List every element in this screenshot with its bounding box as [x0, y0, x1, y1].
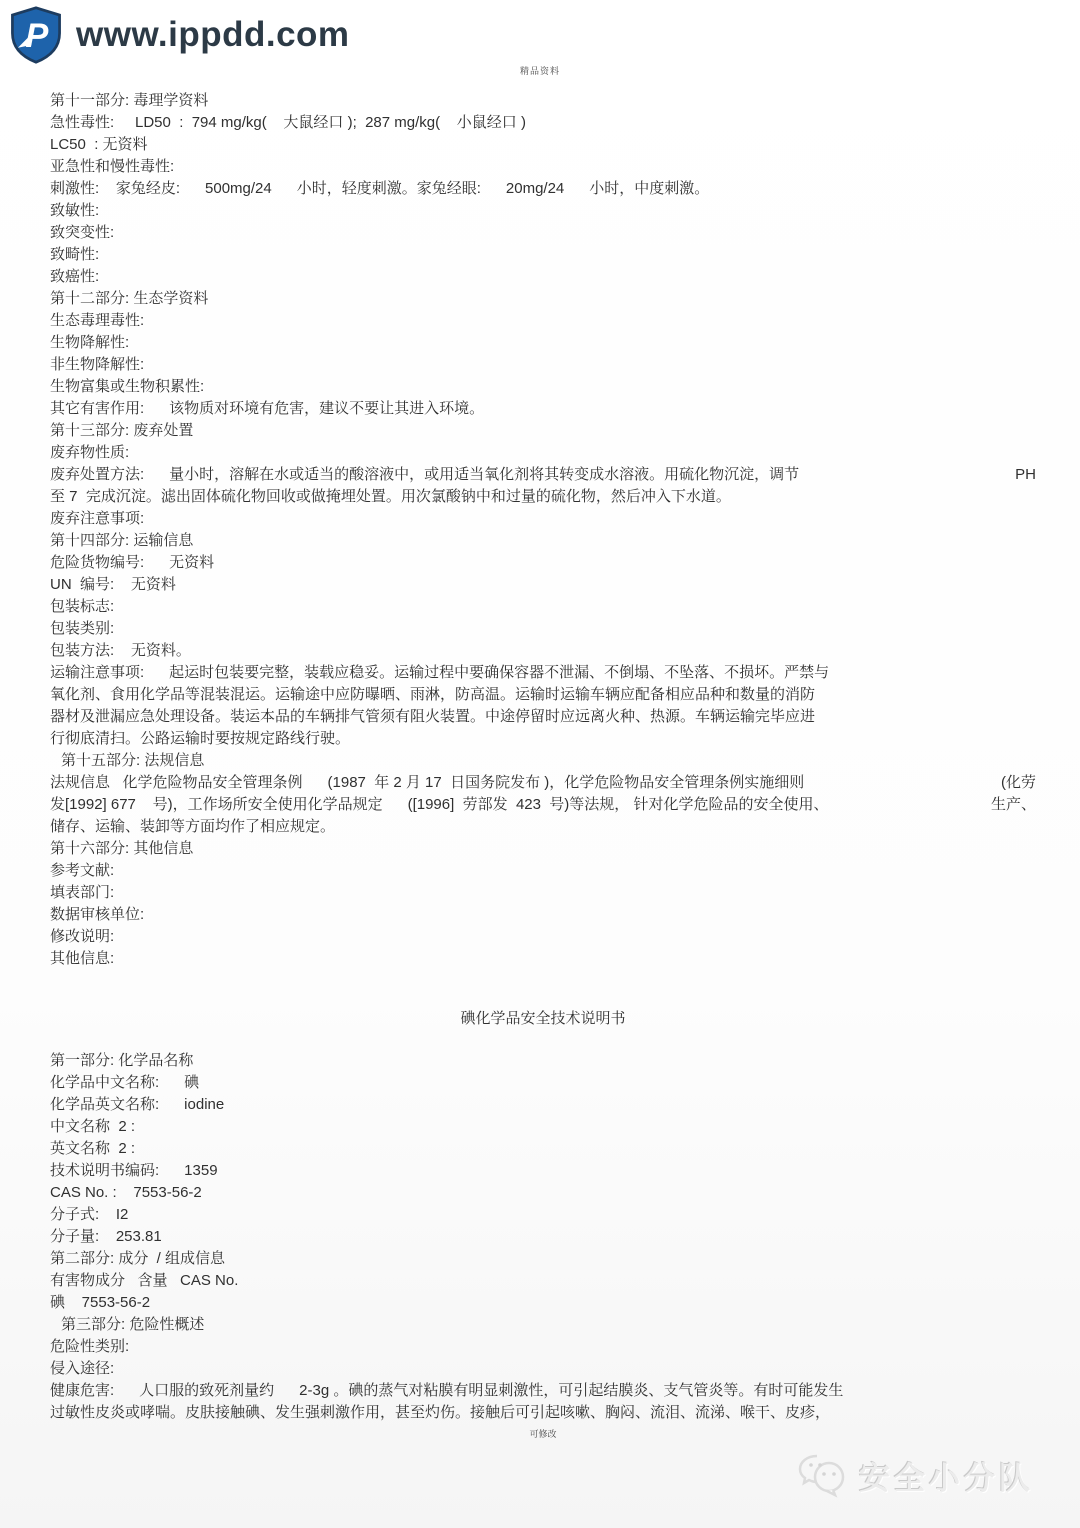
bottom-watermark-note: 可修改 — [50, 1428, 1036, 1440]
doc-line-right: (化劳 — [1001, 772, 1036, 794]
doc-line: 技术说明书编码: 1359 — [50, 1160, 1036, 1182]
doc-line: 化学品中文名称: 碘 — [50, 1072, 1036, 1094]
doc-line: 致敏性: — [50, 200, 1036, 222]
doc-line: 其它有害作用: 该物质对环境有危害，建议不要让其进入环境。 — [50, 398, 1036, 420]
doc-line: 急性毒性: LD50 : 794 mg/kg( 大鼠经口 ); 287 mg/k… — [50, 112, 1036, 134]
doc-line: 生物富集或生物积累性: — [50, 376, 1036, 398]
shield-logo-icon: P — [8, 6, 64, 64]
doc-line-left: 发[1992] 677 号)，工作场所安全使用化学品规定 ([1996] 劳部发… — [50, 794, 828, 816]
doc-line: 生物降解性: — [50, 332, 1036, 354]
doc-line-right: PH — [1015, 464, 1036, 486]
section-heading: 第一部分: 化学品名称 — [50, 1050, 1036, 1072]
doc-line: 行彻底清扫。公路运输时要按规定路线行驶。 — [50, 728, 1036, 750]
doc-line: 填表部门: — [50, 882, 1036, 904]
doc-line: 储存、运输、装卸等方面均作了相应规定。 — [50, 816, 1036, 838]
doc-line-justified: 法规信息 化学危险物品安全管理条例 (1987 年 2 月 17 日国务院发布 … — [50, 772, 1036, 794]
doc-line: 包装标志: — [50, 596, 1036, 618]
doc-line-justified: 发[1992] 677 号)，工作场所安全使用化学品规定 ([1996] 劳部发… — [50, 794, 1036, 816]
section-heading: 第二部分: 成分 / 组成信息 — [50, 1248, 1036, 1270]
doc-line: 包装类别: — [50, 618, 1036, 640]
section-heading: 第十六部分: 其他信息 — [50, 838, 1036, 860]
doc-line: 英文名称 2 : — [50, 1138, 1036, 1160]
site-url-text: www.ippdd.com — [76, 15, 350, 55]
site-header: P www.ippdd.com — [8, 6, 350, 64]
doc-line: 有害物成分 含量 CAS No. — [50, 1270, 1036, 1292]
watermark-label: 安全小分队 — [859, 1453, 1034, 1498]
doc-line: 化学品英文名称: iodine — [50, 1094, 1036, 1116]
doc-line: 刺激性: 家兔经皮: 500mg/24 小时，轻度刺激。家兔经眼: 20mg/2… — [50, 178, 1036, 200]
doc-line: 非生物降解性: — [50, 354, 1036, 376]
doc-line: 运输注意事项: 起运时包装要完整，装载应稳妥。运输过程中要确保容器不泄漏、不倒塌… — [50, 662, 1036, 684]
doc-line-left: 法规信息 化学危险物品安全管理条例 (1987 年 2 月 17 日国务院发布 … — [50, 772, 804, 794]
doc-line: 亚急性和慢性毒性: — [50, 156, 1036, 178]
top-watermark-note: 精品资料 — [0, 64, 1080, 77]
doc-line: 碘 7553-56-2 — [50, 1292, 1036, 1314]
doc-line: UN 编号: 无资料 — [50, 574, 1036, 596]
doc-line: 侵入途径: — [50, 1358, 1036, 1380]
doc-line: 致突变性: — [50, 222, 1036, 244]
doc-line: 危险性类别: — [50, 1336, 1036, 1358]
doc-line: 至 7 完成沉淀。滤出固体硫化物回收或做掩埋处置。用次氯酸钠中和过量的硫化物，然… — [50, 486, 1036, 508]
publisher-watermark: 安全小分队 — [797, 1452, 1034, 1498]
doc-line-justified: 废弃处置方法: 量小时，溶解在水或适当的酸溶液中，或用适当氧化剂将其转变成水溶液… — [50, 464, 1036, 486]
doc-line: 分子式: I2 — [50, 1204, 1036, 1226]
doc-line: 过敏性皮炎或哮喘。皮肤接触碘、发生强刺激作用，甚至灼伤。接触后可引起咳嗽、胸闷、… — [50, 1402, 1036, 1424]
section-heading: 第十五部分: 法规信息 — [50, 750, 1036, 772]
doc-line-right: 生产、 — [991, 794, 1036, 816]
doc-line: 数据审核单位: — [50, 904, 1036, 926]
doc-line: 器材及泄漏应急处理设备。装运本品的车辆排气管须有阻火装置。中途停留时应远离火种、… — [50, 706, 1036, 728]
doc-line: 健康危害: 人口服的致死剂量约 2-3g 。碘的蒸气对粘膜有明显刺激性，可引起结… — [50, 1380, 1036, 1402]
msds-document: 第十一部分: 毒理学资料 急性毒性: LD50 : 794 mg/kg( 大鼠经… — [50, 90, 1036, 1440]
doc2-title: 碘化学品安全技术说明书 — [50, 1008, 1036, 1030]
svg-text:P: P — [25, 17, 49, 55]
section-heading: 第十一部分: 毒理学资料 — [50, 90, 1036, 112]
section-heading: 第十四部分: 运输信息 — [50, 530, 1036, 552]
section-heading: 第三部分: 危险性概述 — [50, 1314, 1036, 1336]
doc-line: 参考文献: — [50, 860, 1036, 882]
doc-line: 致癌性: — [50, 266, 1036, 288]
section-heading: 第十二部分: 生态学资料 — [50, 288, 1036, 310]
doc-line: 废弃注意事项: — [50, 508, 1036, 530]
doc-line: 其他信息: — [50, 948, 1036, 970]
doc-line: 氧化剂、食用化学品等混装混运。运输途中应防曝晒、雨淋，防高温。运输时运输车辆应配… — [50, 684, 1036, 706]
doc-line: 危险货物编号: 无资料 — [50, 552, 1036, 574]
doc-line: 废弃物性质: — [50, 442, 1036, 464]
doc-line: 生态毒理毒性: — [50, 310, 1036, 332]
doc-line: 包装方法: 无资料。 — [50, 640, 1036, 662]
doc-line-left: 废弃处置方法: 量小时，溶解在水或适当的酸溶液中，或用适当氧化剂将其转变成水溶液… — [50, 464, 799, 486]
doc-line: 分子量: 253.81 — [50, 1226, 1036, 1248]
wechat-icon — [797, 1452, 851, 1498]
doc-line: LC50 : 无资料 — [50, 134, 1036, 156]
doc-line: 修改说明: — [50, 926, 1036, 948]
section-heading: 第十三部分: 废弃处置 — [50, 420, 1036, 442]
doc-line: 中文名称 2 : — [50, 1116, 1036, 1138]
doc-line: CAS No. : 7553-56-2 — [50, 1182, 1036, 1204]
doc-line: 致畸性: — [50, 244, 1036, 266]
